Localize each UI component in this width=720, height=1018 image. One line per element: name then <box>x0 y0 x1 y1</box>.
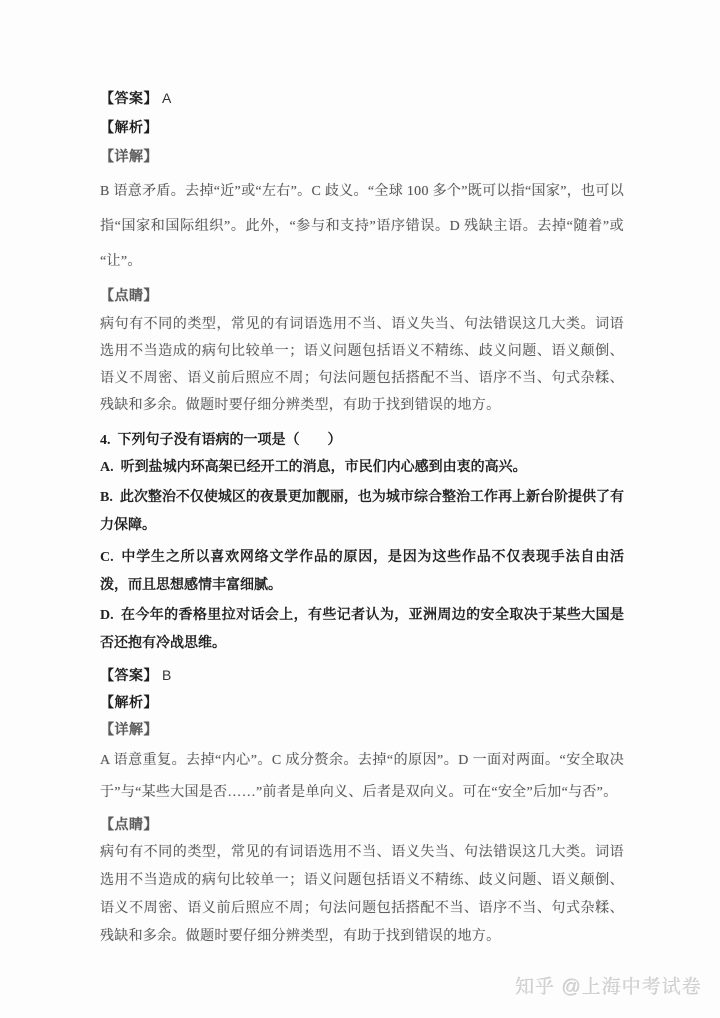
option-c: C.中学生之所以喜欢网络文学作品的原因，是因为这些作品不仅表现手法自由活泼，而且… <box>100 544 624 600</box>
detail-label-1: 【详解】 <box>100 150 158 165</box>
exam-content: 【答案】A 【解析】 【详解】 B 语意矛盾。去掉“近”或“左右”。C 歧义。“… <box>100 90 624 951</box>
answer-line-2: 【答案】B <box>100 667 624 685</box>
tips-heading-2: 【点睛】 <box>100 818 624 834</box>
question-stem: 下列句子没有语病的一项是（ ） <box>118 433 342 448</box>
option-b-letter: B. <box>100 490 113 505</box>
answer-label-2: 【答案】 <box>100 669 158 684</box>
tips-paragraph-1: 病句有不同的类型，常见的有词语选用不当、语义失当、句法错误这几大类。词语选用不当… <box>100 311 624 419</box>
detail-heading-2: 【详解】 <box>100 723 624 739</box>
option-c-text: 中学生之所以喜欢网络文学作品的原因，是因为这些作品不仅表现手法自由活泼，而且思想… <box>100 550 624 593</box>
tips-heading-1: 【点睛】 <box>100 289 624 305</box>
option-a-letter: A. <box>100 460 114 475</box>
answer-label-1: 【答案】 <box>100 92 158 107</box>
scanned-exam-page: 【答案】A 【解析】 【详解】 B 语意矛盾。去掉“近”或“左右”。C 歧义。“… <box>0 0 720 1018</box>
detail-label-2: 【详解】 <box>100 723 158 738</box>
tips-label-2: 【点睛】 <box>100 818 158 833</box>
option-a-text: 听到盐城内环高架已经开工的消息，市民们内心感到由衷的高兴。 <box>121 460 527 475</box>
tips-paragraph-2: 病句有不同的类型，常见的有词语选用不当、语义失当、句法错误这几大类。词语选用不当… <box>100 839 624 951</box>
detail-heading-1: 【详解】 <box>100 150 624 166</box>
option-b-text: 此次整治不仅使城区的夜景更加靓丽，也为城市综合整治工作再上新台阶提供了有力保障。 <box>100 490 624 533</box>
question-number: 4. <box>100 433 111 448</box>
option-c-letter: C. <box>100 550 114 565</box>
question-line: 4.下列句子没有语病的一项是（ ） <box>100 432 624 449</box>
option-d-text: 在今年的香格里拉对话会上，有些记者认为，亚洲周边的安全取决于某些大国是否还抱有冷… <box>100 608 624 651</box>
analysis-label-2: 【解析】 <box>100 696 158 711</box>
option-d-letter: D. <box>100 608 114 623</box>
answer-value-2: B <box>162 667 171 683</box>
option-a: A.听到盐城内环高架已经开工的消息，市民们内心感到由衷的高兴。 <box>100 459 624 476</box>
zhihu-watermark: 知乎 @上海中考试卷 <box>515 972 702 999</box>
analysis-heading-1: 【解析】 <box>100 121 624 137</box>
tips-label-1: 【点睛】 <box>100 289 158 304</box>
detail-paragraph-2: A 语意重复。去掉“内心”。C 成分赘余。去掉“的原因”。D 一面对两面。“安全… <box>100 745 624 809</box>
answer-value-1: A <box>162 90 171 106</box>
detail-paragraph-1: B 语意矛盾。去掉“近”或“左右”。C 歧义。“全球 100 多个”既可以指“国… <box>100 174 624 279</box>
answer-line-1: 【答案】A <box>100 90 624 108</box>
analysis-heading-2: 【解析】 <box>100 696 624 712</box>
option-d: D.在今年的香格里拉对话会上，有些记者认为，亚洲周边的安全取决于某些大国是否还抱… <box>100 602 624 658</box>
analysis-label-1: 【解析】 <box>100 121 158 136</box>
option-b: B.此次整治不仅使城区的夜景更加靓丽，也为城市综合整治工作再上新台阶提供了有力保… <box>100 484 624 540</box>
